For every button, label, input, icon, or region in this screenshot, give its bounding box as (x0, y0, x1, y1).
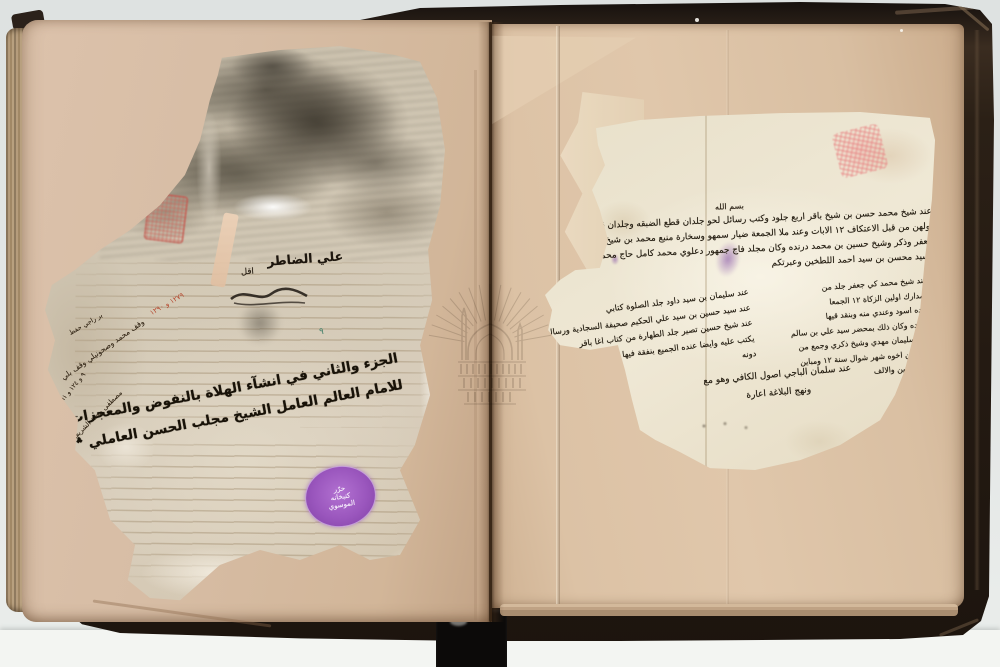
green-numeral-note: ٩ (319, 327, 324, 337)
basmala-invocation: بسم الله (715, 201, 744, 211)
red-seal-stamp (831, 123, 889, 179)
main-text-block: عند شيخ محمد حسن بن شيخ باقر اربع جلود و… (592, 205, 934, 280)
dust-speck (695, 18, 699, 22)
paper-speck (900, 29, 903, 32)
gutter-fold-line (489, 22, 492, 622)
signature-scribble (225, 281, 315, 311)
cover-spine-edge (974, 30, 980, 590)
owner-note-small: اقل (241, 267, 255, 278)
manuscript-photo-scene: علي الضاطر اقل ٩ بر راجي حفط مصطفى محنة … (0, 0, 1000, 667)
page-block-bottom-edge (500, 604, 958, 616)
page-crease (474, 70, 477, 620)
faint-ink-dots (695, 418, 755, 434)
white-paper-patch (233, 193, 313, 221)
